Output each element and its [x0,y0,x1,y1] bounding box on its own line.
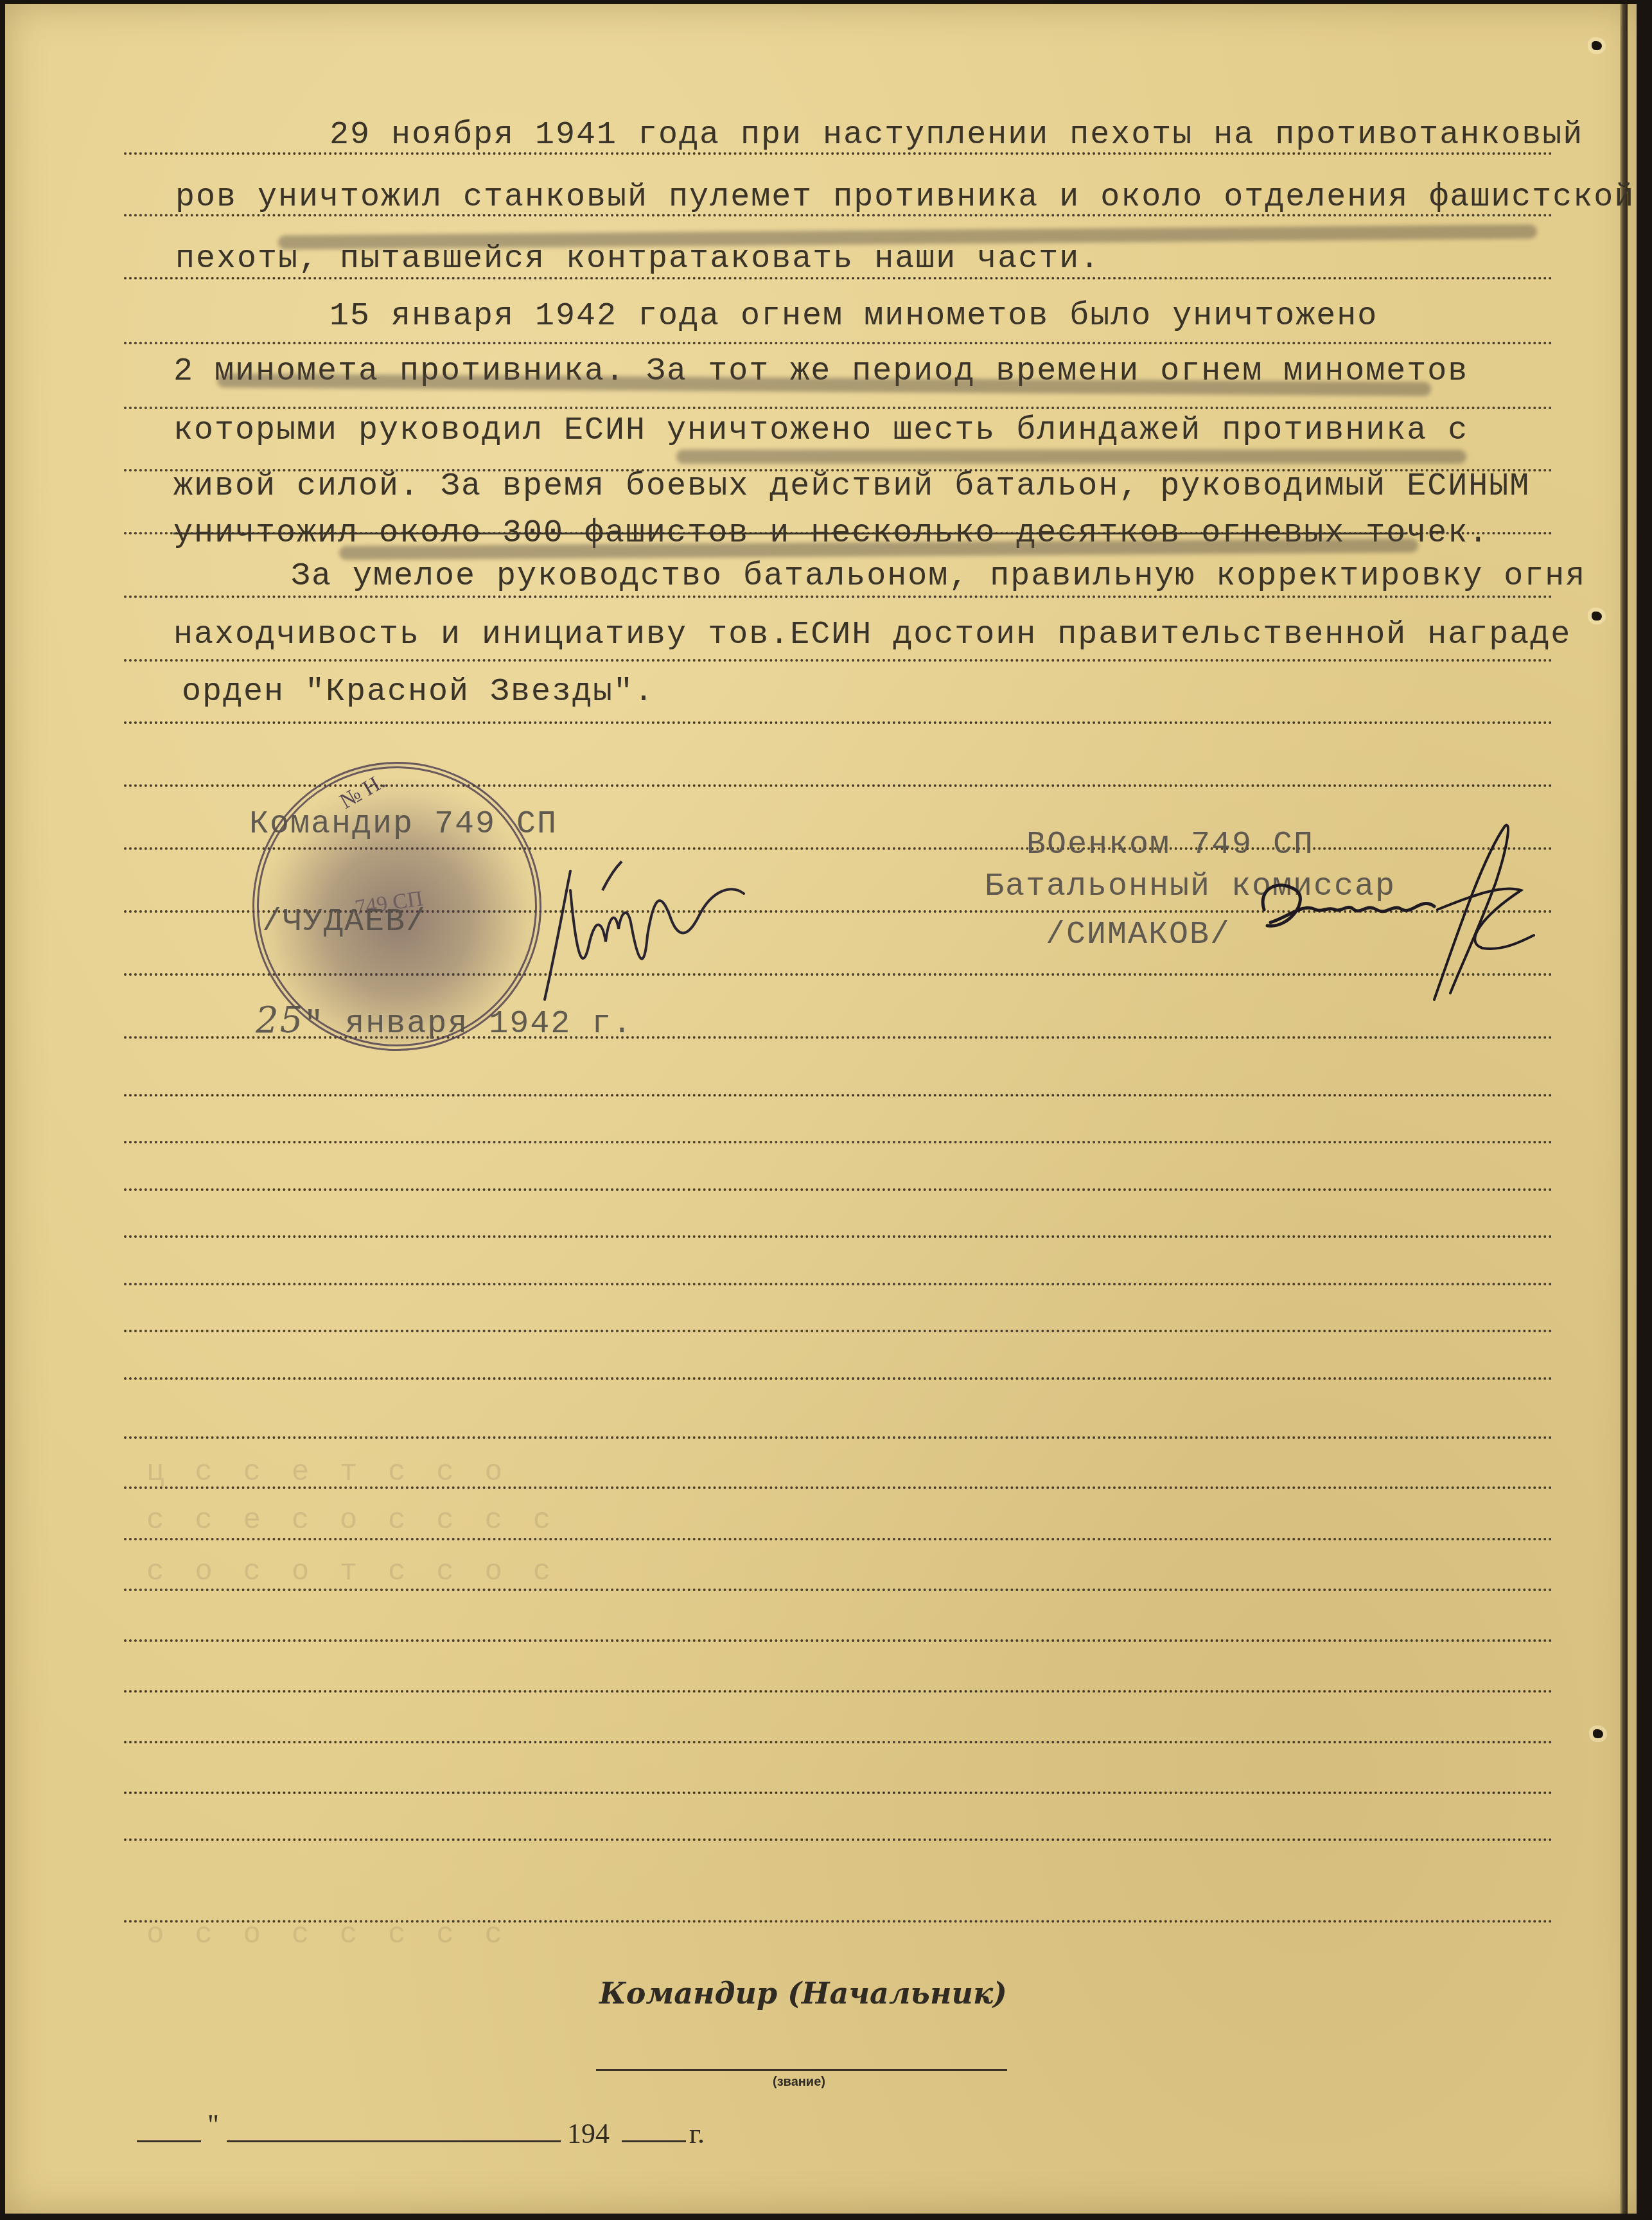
body-line: За умелое руководство батальоном, правил… [291,561,1586,593]
ruled-line [124,407,1553,409]
date-day-handwritten: 25 [256,1000,304,1041]
ruled-line [124,342,1553,344]
ruled-line [124,1436,1553,1439]
body-line: ров уничтожил станковый пулемет противни… [175,182,1635,214]
rank-line [596,2069,1007,2071]
date-day-blank [137,2140,201,2142]
body-line: 15 января 1942 года огнем минометов было… [330,301,1378,333]
strike-through [173,533,1407,534]
commander-name: /ЧУДАЕВ/ [262,906,426,938]
document-page: ц с с е т с с о с с е с о с с с с с о с … [5,4,1637,2214]
bleed-through-text: ц с с е т с с о [146,1456,509,1489]
date-open-quote: " [207,2108,219,2141]
ruled-line [124,1690,1553,1693]
ruled-line [124,1741,1553,1743]
punch-hole-lower-right [1593,1729,1603,1738]
date-rest: " января 1942 г. [304,1006,633,1043]
ruled-line [124,1838,1553,1841]
ruled-line [124,1188,1553,1191]
commissar-name: /СИМАКОВ/ [1046,919,1231,951]
ruled-line [124,659,1553,662]
punch-hole-mid-right [1592,612,1602,621]
commissar-signature [1251,820,1547,1012]
body-line: 29 ноября 1941 года при наступлении пехо… [330,119,1583,152]
date-month-blank [227,2140,561,2142]
ruled-line [124,1377,1553,1380]
ruled-line [124,1792,1553,1794]
ruled-line [124,1538,1553,1540]
ruled-line [124,721,1553,724]
date-year-blank [622,2140,686,2142]
ruled-line [124,1283,1553,1285]
ruled-line [124,1589,1553,1591]
punch-hole-top-right [1592,41,1602,50]
bleed-through-text: с о с о т с с о с [146,1555,557,1589]
form-commander-heading: Командир (Начальник) [599,1976,1007,2011]
pencil-underline [676,450,1466,464]
page-binding-edge [1620,4,1628,2214]
date-suffix: г. [689,2117,705,2150]
rank-caption: (звание) [773,2075,825,2090]
bleed-through-text: с с е с о с с с с [146,1504,557,1537]
body-line: которыми руководил ЕСИН уничтожено шесть… [173,415,1468,447]
body-line: орден "Красной Звезды". [182,676,655,709]
commander-title: Командир 749 СП [249,809,558,841]
ruled-line [124,1330,1553,1332]
bleed-through-text: о с о с с с с с [146,1918,509,1951]
ruled-line [124,1094,1553,1097]
commander-signature [532,845,763,1012]
ruled-line [124,595,1553,598]
signature-date: 25" января 1942 г. [256,1003,633,1041]
body-line: находчивость и инициативу тов.ЕСИН досто… [173,619,1571,651]
date-year-prefix: 194 [567,2117,610,2150]
body-line: пехоты, пытавшейся контратаковать наши ч… [175,243,1100,276]
ruled-line [124,1141,1553,1143]
ruled-line [124,1235,1553,1238]
body-line: живой силой. За время боевых действий ба… [173,471,1530,503]
ruled-line [124,1639,1553,1642]
